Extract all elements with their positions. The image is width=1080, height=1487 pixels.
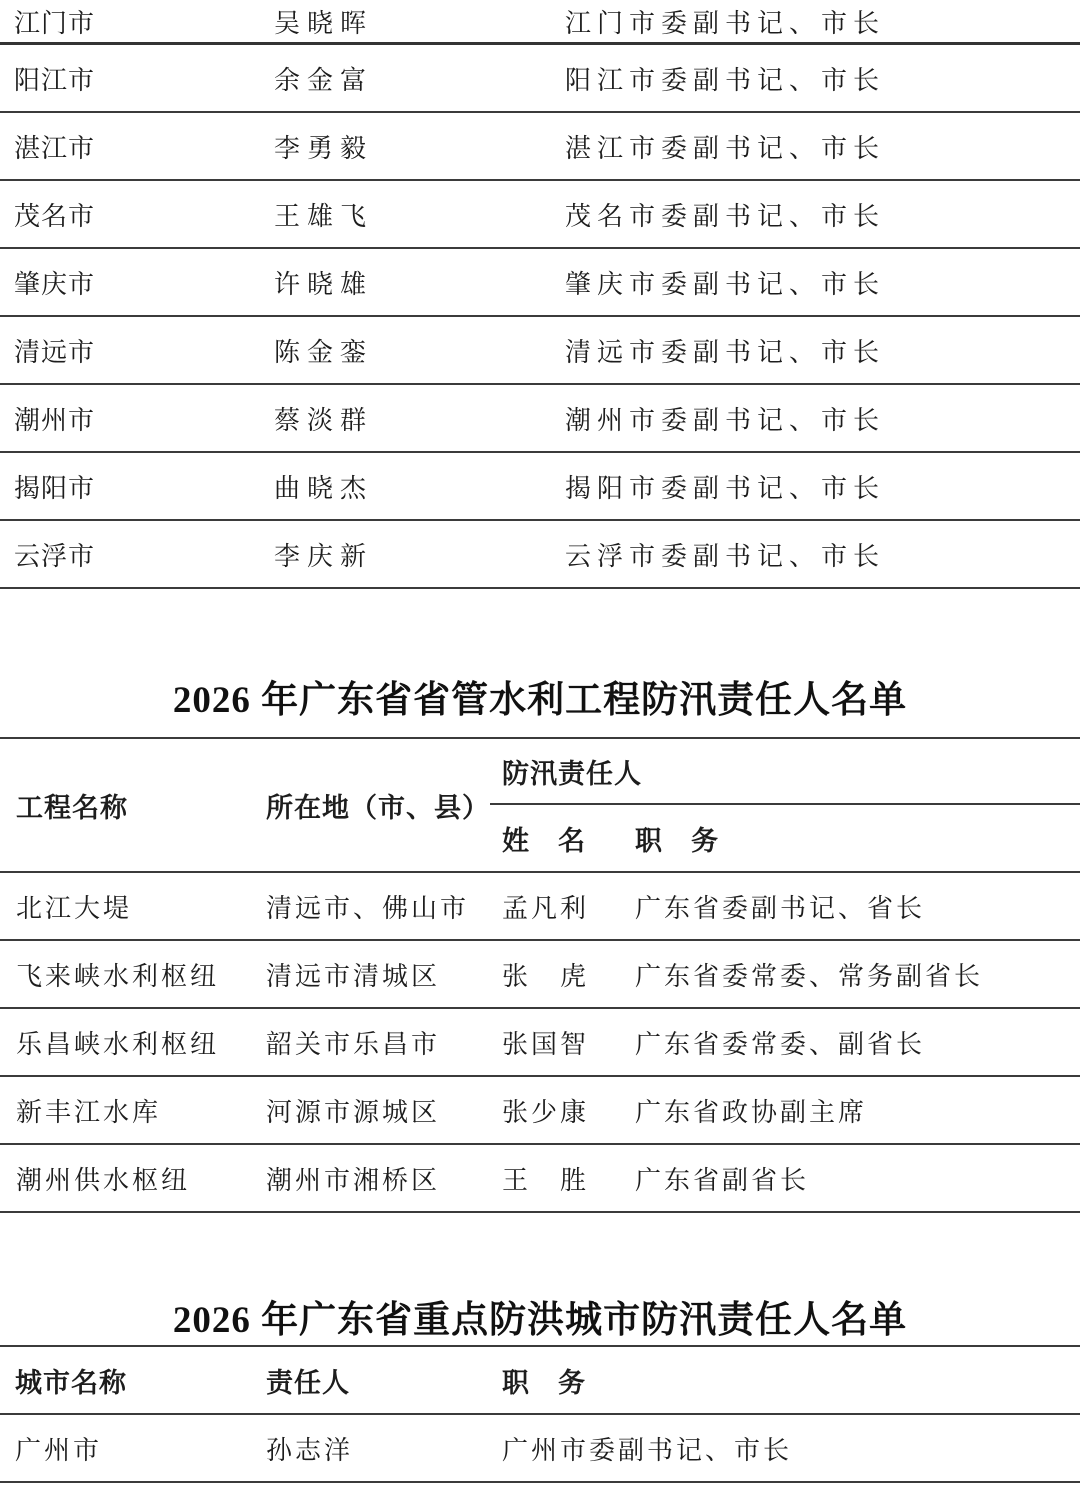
table-row: 乐昌峡水利枢纽 韶关市乐昌市 张国智 广东省委常委、副省长 <box>0 1009 1080 1077</box>
city-table-continuation: 江门市 吴晓晖 江门市委副书记、市长 阳江市 余金富 阳江市委副书记、市长 湛江… <box>0 0 1080 589</box>
name-cell: 张 虎 <box>502 956 635 993</box>
table-row: 肇庆市 许晓雄 肇庆市委副书记、市长 <box>0 249 1080 317</box>
table-row: 云浮市 李庆新 云浮市委副书记、市长 <box>0 521 1080 589</box>
city-cell: 茂名市 <box>0 196 274 233</box>
position-cell: 湛江市委副书记、市长 <box>565 128 1080 165</box>
name-cell: 许晓雄 <box>274 264 565 301</box>
document-page: 江门市 吴晓晖 江门市委副书记、市长 阳江市 余金富 阳江市委副书记、市长 湛江… <box>0 0 1080 1487</box>
table-row: 潮州供水枢纽 潮州市湘桥区 王 胜 广东省副省长 <box>0 1145 1080 1213</box>
table-row: 湛江市 李勇毅 湛江市委副书记、市长 <box>0 113 1080 181</box>
position-cell: 潮州市委副书记、市长 <box>565 400 1080 437</box>
project-cell: 新丰江水库 <box>0 1092 266 1129</box>
table-row: 广州市 孙志洋 广州市委副书记、市长 <box>0 1415 1080 1483</box>
city-cell: 湛江市 <box>0 128 274 165</box>
city-cell: 清远市 <box>0 332 274 369</box>
table-row: 茂名市 王雄飞 茂名市委副书记、市长 <box>0 181 1080 249</box>
header-sub-row: 姓 名 职 务 <box>490 805 1080 871</box>
location-cell: 河源市源城区 <box>266 1092 502 1129</box>
position-cell: 广州市委副书记、市长 <box>502 1430 1080 1467</box>
name-cell: 余金富 <box>274 60 565 97</box>
section-title-flood-cities: 2026 年广东省重点防洪城市防汛责任人名单 <box>0 1297 1080 1345</box>
city-cell: 潮州市 <box>0 400 274 437</box>
location-cell: 清远市、佛山市 <box>266 888 502 925</box>
project-cell: 北江大堤 <box>0 888 266 925</box>
position-cell: 清远市委副书记、市长 <box>565 332 1080 369</box>
name-cell: 孟凡利 <box>502 888 635 925</box>
position-cell: 广东省政协副主席 <box>635 1092 1080 1129</box>
name-cell: 王雄飞 <box>274 196 565 233</box>
table-header: 工程名称 所在地（市、县） 防汛责任人 姓 名 职 务 <box>0 737 1080 873</box>
header-name: 责任人 <box>266 1361 502 1400</box>
table-row: 新丰江水库 河源市源城区 张少康 广东省政协副主席 <box>0 1077 1080 1145</box>
header-responsible-label: 防汛责任人 <box>490 739 1080 805</box>
table-row: 潮州市 蔡淡群 潮州市委副书记、市长 <box>0 385 1080 453</box>
name-cell: 李勇毅 <box>274 128 565 165</box>
position-cell: 广东省副省长 <box>635 1160 1080 1197</box>
name-cell: 孙志洋 <box>266 1430 502 1467</box>
position-cell: 广东省委常委、副省长 <box>635 1024 1080 1061</box>
flood-cities-table: 城市名称 责任人 职 务 广州市 孙志洋 广州市委副书记、市长 <box>0 1345 1080 1483</box>
header-project: 工程名称 <box>0 739 266 871</box>
name-cell: 李庆新 <box>274 536 565 573</box>
name-cell: 曲晓杰 <box>274 468 565 505</box>
position-cell: 阳江市委副书记、市长 <box>565 60 1080 97</box>
project-cell: 飞来峡水利枢纽 <box>0 956 266 993</box>
position-cell: 茂名市委副书记、市长 <box>565 196 1080 233</box>
city-cell: 云浮市 <box>0 536 274 573</box>
table-row: 清远市 陈金銮 清远市委副书记、市长 <box>0 317 1080 385</box>
city-cell: 肇庆市 <box>0 264 274 301</box>
project-cell: 乐昌峡水利枢纽 <box>0 1024 266 1061</box>
name-cell: 张少康 <box>502 1092 635 1129</box>
position-cell: 云浮市委副书记、市长 <box>565 536 1080 573</box>
section-title-water-projects: 2026 年广东省省管水利工程防汛责任人名单 <box>0 677 1080 725</box>
position-cell: 肇庆市委副书记、市长 <box>565 264 1080 301</box>
table-row: 飞来峡水利枢纽 清远市清城区 张 虎 广东省委常委、常务副省长 <box>0 941 1080 1009</box>
name-cell: 张国智 <box>502 1024 635 1061</box>
city-cell: 广州市 <box>0 1430 266 1467</box>
table-row: 北江大堤 清远市、佛山市 孟凡利 广东省委副书记、省长 <box>0 873 1080 941</box>
name-cell: 蔡淡群 <box>274 400 565 437</box>
position-cell: 广东省委副书记、省长 <box>635 888 1080 925</box>
position-cell: 揭阳市委副书记、市长 <box>565 468 1080 505</box>
table-header: 城市名称 责任人 职 务 <box>0 1345 1080 1415</box>
position-cell: 江门市委副书记、市长 <box>565 3 1080 40</box>
table-row: 揭阳市 曲晓杰 揭阳市委副书记、市长 <box>0 453 1080 521</box>
header-position: 职 务 <box>502 1361 1080 1400</box>
position-cell: 广东省委常委、常务副省长 <box>635 956 1080 993</box>
table-row: 阳江市 余金富 阳江市委副书记、市长 <box>0 45 1080 113</box>
header-location: 所在地（市、县） <box>266 739 490 871</box>
city-cell: 江门市 <box>0 3 274 40</box>
city-cell: 揭阳市 <box>0 468 274 505</box>
water-projects-table: 工程名称 所在地（市、县） 防汛责任人 姓 名 职 务 北江大堤 清远市、佛山市… <box>0 737 1080 1213</box>
name-cell: 陈金銮 <box>274 332 565 369</box>
location-cell: 韶关市乐昌市 <box>266 1024 502 1061</box>
location-cell: 潮州市湘桥区 <box>266 1160 502 1197</box>
name-cell: 王 胜 <box>502 1160 635 1197</box>
table-row: 江门市 吴晓晖 江门市委副书记、市长 <box>0 0 1080 45</box>
header-position: 职 务 <box>635 819 719 858</box>
city-cell: 阳江市 <box>0 60 274 97</box>
name-cell: 吴晓晖 <box>274 3 565 40</box>
location-cell: 清远市清城区 <box>266 956 502 993</box>
header-city: 城市名称 <box>0 1361 266 1400</box>
project-cell: 潮州供水枢纽 <box>0 1160 266 1197</box>
header-name: 姓 名 <box>502 819 635 858</box>
header-responsible-group: 防汛责任人 姓 名 职 务 <box>490 739 1080 871</box>
